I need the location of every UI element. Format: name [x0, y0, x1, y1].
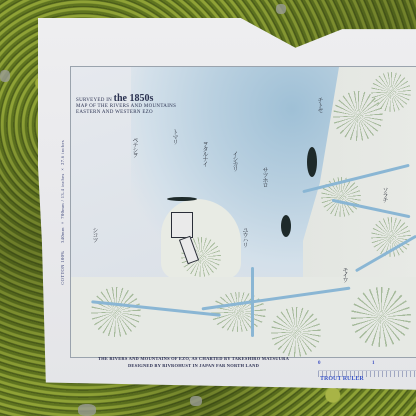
place-label: トマリ [171, 129, 178, 144]
ruler-label: TROUT RULER [320, 376, 364, 382]
place-label: モイワ [341, 267, 348, 282]
place-label: イシカリ [231, 151, 238, 171]
coastline [167, 197, 197, 201]
place-label: サツホロ [261, 167, 268, 187]
rock [78, 404, 96, 416]
place-label: ソラチ [381, 187, 388, 202]
mountain [211, 292, 266, 332]
place-label: ユウハリ [241, 227, 248, 247]
coastline [307, 147, 317, 177]
mountain [371, 72, 411, 112]
mountain [91, 287, 141, 337]
rock [190, 396, 202, 406]
title-line-3: EASTERN AND WESTERN EZO [76, 110, 176, 116]
place-label: ペテシヲ [131, 137, 138, 157]
label-box [171, 212, 193, 238]
dimensions-label: 340mm × 700mm / 13.4 inches × 27.6 inche… [60, 140, 65, 243]
rock [276, 4, 286, 14]
coastline [281, 215, 291, 237]
place-label: シコツ [91, 227, 98, 242]
title-small: SURVEYED IN [76, 98, 112, 103]
map-title-block: SURVEYED IN the 1850s MAP OF THE RIVERS … [76, 96, 176, 116]
mountain [351, 287, 411, 347]
material-label: COTTON 100% [60, 251, 65, 285]
mountain [271, 307, 321, 357]
caption-line-2: DESIGNED BY RIVROHUST IN JAPAN FAR NORTH… [76, 362, 311, 369]
ruler-tick-0: 0 [318, 361, 321, 366]
title-big: the 1850s [114, 93, 154, 104]
ruler-tick-1: 1 [372, 361, 375, 366]
caption-line-1: THE RIVERS AND MOUNTAINS OF EZO, AS CHAR… [76, 355, 311, 362]
river [251, 267, 254, 337]
side-label: COTTON 100% 340mm × 700mm / 13.4 inches … [60, 140, 65, 285]
place-label: チトセ [316, 97, 323, 112]
rock [0, 70, 10, 82]
map-caption: THE RIVERS AND MOUNTAINS OF EZO, AS CHAR… [76, 355, 311, 369]
place-label: ヲタルナイ [201, 141, 208, 166]
